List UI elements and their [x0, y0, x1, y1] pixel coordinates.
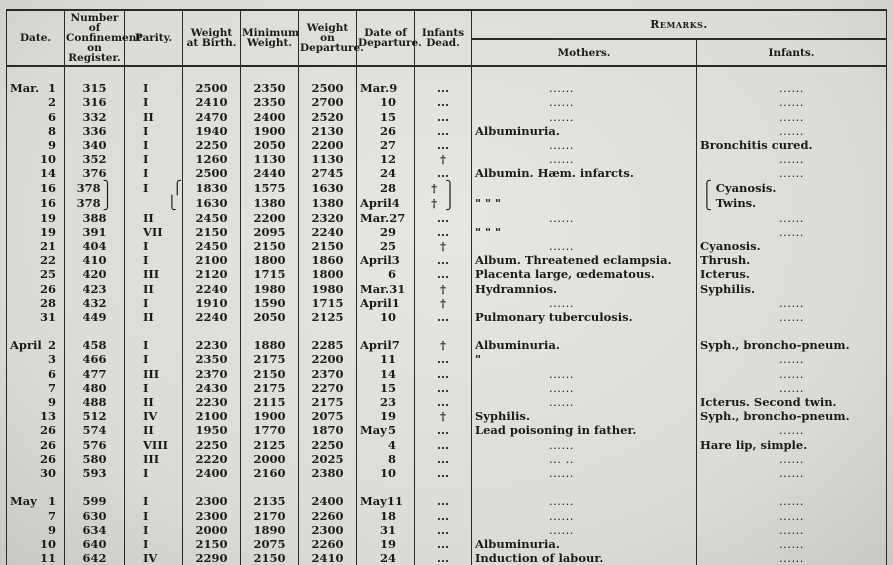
spacer-cell [357, 66, 415, 81]
parity: I [143, 537, 148, 551]
weight-at-birth: 2500 [183, 166, 241, 180]
date-cell: 9 [7, 138, 65, 152]
remarks-infants-cell: ⎧Cyanosis. [697, 181, 887, 196]
date-day: 10 [40, 537, 56, 551]
table-row: 7480I24302175227015............... [7, 381, 887, 395]
remarks-infants-cell: ...... [697, 452, 887, 466]
dotted-leader: ...... [475, 211, 574, 225]
minimum-weight: 1900 [241, 124, 299, 138]
confinement-number: 352 [82, 152, 106, 166]
table-row: 28432I191015901715April1†............ [7, 296, 887, 310]
date-of-departure-cell: 19 [357, 537, 415, 551]
weight-at-birth: 2220 [183, 452, 241, 466]
parity-cell: II [125, 310, 183, 324]
parity-cell: IV [125, 409, 183, 423]
date-of-departure-cell: 15 [357, 110, 415, 124]
dagger-icon: † [440, 239, 446, 253]
parity: I [143, 466, 148, 480]
departure-day: 14 [380, 367, 396, 381]
table-row: 9340I22502050220027.........Bronchitis c… [7, 138, 887, 152]
confinement-number: 315 [82, 81, 106, 95]
confinement-number-cell: 449 [65, 310, 125, 324]
date-day: 1 [48, 81, 56, 95]
dotted-leader: ...... [700, 296, 883, 310]
spacer-cell [697, 480, 887, 494]
table-row: 2316I24102350270010............... [7, 95, 887, 109]
parity: II [143, 211, 154, 225]
date-day: 9 [48, 395, 56, 409]
confinement-number: 423 [82, 282, 106, 296]
spacer-cell [357, 324, 415, 338]
parity-cell: IV [125, 551, 183, 565]
confinement-number-cell: 580 [65, 452, 125, 466]
parity-cell: II [125, 281, 183, 295]
dotted-leader: ...... [700, 95, 883, 109]
ellipsis: ... [437, 267, 449, 281]
parity-cell: I [125, 296, 183, 310]
confinement-number: 512 [82, 409, 106, 423]
parity: I [143, 152, 148, 166]
date-of-departure-cell: Mar.27 [357, 211, 415, 225]
dotted-leader: ...... [475, 381, 574, 395]
ellipsis: ... [437, 138, 449, 152]
parity-cell: I⎧ [125, 181, 183, 196]
dotted-leader: ...... [700, 509, 883, 523]
dotted-leader: ...... [700, 551, 883, 565]
departure-day: 12 [380, 152, 396, 166]
header-date-of-departure: Date of Departure. [357, 10, 415, 66]
minimum-weight: 2175 [241, 352, 299, 366]
dagger-icon: † [440, 338, 446, 352]
date-of-departure-cell: 24 [357, 166, 415, 180]
minimum-weight: 2095 [241, 225, 299, 239]
remarks-mothers-cell: ...... [472, 152, 697, 166]
date-cell: Mar.1 [7, 81, 65, 95]
weight-on-departure: 1980 [299, 281, 357, 295]
remark-mother: Syphilis. [475, 409, 530, 423]
minimum-weight: 2350 [241, 95, 299, 109]
remarks-mothers-cell: ...... [472, 523, 697, 537]
weight-at-birth: 2470 [183, 110, 241, 124]
weight-at-birth: 2400 [183, 466, 241, 480]
departure-day: 11 [387, 494, 403, 508]
date-day: 19 [40, 211, 56, 225]
twin-brace-icon: ⎭ [103, 196, 113, 211]
remarks-mothers-cell: ...... [472, 494, 697, 508]
dotted-leader: ...... [475, 296, 574, 310]
spacer-cell [299, 324, 357, 338]
remarks-infants-cell: Thrush. [697, 253, 887, 267]
dotted-leader: ...... [700, 381, 883, 395]
parity: I [143, 509, 148, 523]
spacer-cell [125, 480, 183, 494]
departure-day: 26 [380, 124, 396, 138]
table-row: 16378⎫I⎧18301575163028†⎫⎧Cyanosis. [7, 181, 887, 196]
parity: I [143, 381, 148, 395]
minimum-weight: 1890 [241, 523, 299, 537]
dotted-leader: ...... [475, 509, 574, 523]
confinement-number-cell: 458 [65, 338, 125, 352]
infants-dead-cell: †⎭ [415, 196, 472, 211]
remark-infant: Syph., broncho-pneum. [700, 338, 850, 352]
date-day: 10 [40, 152, 56, 166]
date-cell: 6 [7, 367, 65, 381]
remark-mother: " [475, 352, 481, 366]
minimum-weight: 2135 [241, 494, 299, 508]
date-day: 26 [40, 423, 56, 437]
minimum-weight: 1800 [241, 253, 299, 267]
parity-cell: II [125, 211, 183, 225]
date-of-departure-cell: 11 [357, 352, 415, 366]
date-cell: 8 [7, 124, 65, 138]
table-row: 7630I23002170226018............... [7, 508, 887, 522]
remarks-mothers-cell: Syphilis. [472, 409, 697, 423]
date-cell: April2 [7, 338, 65, 352]
dotted-leader: ...... [700, 110, 883, 124]
infants-dead-cell: ... [415, 211, 472, 225]
twin-brace-icon: ⎫ [103, 181, 113, 196]
parity-cell: I [125, 508, 183, 522]
weight-on-departure: 2370 [299, 367, 357, 381]
date-of-departure-cell: 12 [357, 152, 415, 166]
remarks-mothers-cell: Pulmonary tuberculosis. [472, 310, 697, 324]
departure-month: Mar. [360, 211, 389, 225]
spacer-cell [241, 480, 299, 494]
departure-day: 9 [389, 81, 397, 95]
date-of-departure-cell: 15 [357, 381, 415, 395]
infants-dead-cell: ... [415, 466, 472, 480]
date-of-departure-cell: April4 [357, 196, 415, 211]
date-of-departure-cell: April1 [357, 296, 415, 310]
departure-day: 8 [388, 452, 396, 466]
date-month: May [10, 494, 37, 508]
weight-at-birth: 2350 [183, 352, 241, 366]
confinement-number-cell: 574 [65, 423, 125, 437]
twin-brace-icon: ⎧ [172, 181, 182, 196]
confinement-number: 593 [82, 466, 106, 480]
dagger-icon: † [440, 409, 446, 423]
remarks-mothers-cell: Placenta large, œdematous. [472, 267, 697, 281]
date-of-departure-cell: 4 [357, 438, 415, 452]
table-row: 10352I12601130113012†............ [7, 152, 887, 166]
weight-at-birth: 2150 [183, 225, 241, 239]
date-day: 30 [40, 466, 56, 480]
header-date: Date. [7, 10, 65, 66]
remarks-mothers-cell: Lead poisoning in father. [472, 423, 697, 437]
parity-cell: I [125, 494, 183, 508]
weight-at-birth: 2000 [183, 523, 241, 537]
remark-infant: Icterus. Second twin. [700, 395, 837, 409]
table-row: 19388II245022002320Mar.27............... [7, 211, 887, 225]
date-day: 8 [48, 124, 56, 138]
date-day: 13 [40, 409, 56, 423]
dotted-leader: ...... [700, 166, 883, 180]
departure-month: April [360, 338, 392, 352]
dotted-leader: ...... [475, 367, 574, 381]
ellipsis: ... [437, 438, 449, 452]
remarks-infants-cell: ...... [697, 296, 887, 310]
spacer-cell [415, 480, 472, 494]
date-cell: 9 [7, 523, 65, 537]
remarks-mothers-cell: Album. Threatened eclampsia. [472, 253, 697, 267]
infants-dead-cell: ... [415, 124, 472, 138]
header-minimum-weight: Minimum Weight. [241, 10, 299, 66]
remarks-infants-cell: ...... [697, 310, 887, 324]
confinement-number-cell: 630 [65, 508, 125, 522]
confinement-number: 449 [82, 310, 106, 324]
section-gap [7, 324, 887, 338]
minimum-weight: 2170 [241, 508, 299, 522]
date-day: 6 [48, 110, 56, 124]
date-cell: 26 [7, 452, 65, 466]
remarks-mothers-cell: ...... [472, 466, 697, 480]
remarks-infants-cell: Hare lip, simple. [697, 438, 887, 452]
minimum-weight: 2050 [241, 310, 299, 324]
parity-cell: III [125, 452, 183, 466]
confinement-number-cell: 576 [65, 438, 125, 452]
parity: IV [143, 551, 157, 565]
confinement-number: 640 [82, 537, 106, 551]
remarks-infants-cell: ...... [697, 166, 887, 180]
weight-at-birth: 2250 [183, 438, 241, 452]
departure-month: April [360, 296, 392, 310]
ellipsis: ... [437, 81, 449, 95]
date-of-departure-cell: 27 [357, 138, 415, 152]
weight-at-birth: 1260 [183, 152, 241, 166]
weight-on-departure: 2200 [299, 352, 357, 366]
confinement-number-cell: 593 [65, 466, 125, 480]
weight-on-departure: 2125 [299, 310, 357, 324]
remarks-infants-cell: ...... [697, 225, 887, 239]
weight-at-birth: 2230 [183, 395, 241, 409]
infant-weight-table: Date. Number of Confinement on Register.… [6, 9, 887, 565]
remarks-infants-cell: ...... [697, 95, 887, 109]
dotted-leader: ...... [475, 239, 574, 253]
confinement-number: 432 [82, 296, 106, 310]
spacer-cell [65, 480, 125, 494]
date-of-departure-cell: 19 [357, 409, 415, 423]
dotted-leader: ...... [700, 423, 883, 437]
departure-day: 27 [389, 211, 405, 225]
ellipsis: ... [437, 523, 449, 537]
departure-day: 15 [380, 110, 396, 124]
dotted-leader: ...... [700, 310, 883, 324]
twin-brace-icon: ⎩ [702, 196, 712, 211]
weight-at-birth: 2450 [183, 239, 241, 253]
confinement-number-cell: 432 [65, 296, 125, 310]
remarks-mothers-cell: Induction of labour. [472, 551, 697, 565]
date-of-departure-cell: April7 [357, 338, 415, 352]
remark-infant: Cyanosis. [700, 239, 761, 253]
weight-on-departure: 2260 [299, 508, 357, 522]
table-body: Mar.1315I250023502500Mar.9..............… [7, 66, 887, 565]
infants-dead-cell: ... [415, 395, 472, 409]
date-cell: 28 [7, 296, 65, 310]
minimum-weight: 2200 [241, 211, 299, 225]
remarks-mothers-cell: ...... [472, 296, 697, 310]
minimum-weight: 2150 [241, 367, 299, 381]
confinement-number-cell: 642 [65, 551, 125, 565]
table-row: 21404I24502150215025†......Cyanosis. [7, 239, 887, 253]
confinement-number: 332 [82, 110, 106, 124]
table-row: 11642IV22902150241024...Induction of lab… [7, 551, 887, 565]
parity: I [143, 138, 148, 152]
weight-at-birth: 1830 [183, 181, 241, 196]
departure-day: 29 [380, 225, 396, 239]
date-of-departure-cell: 26 [357, 124, 415, 138]
table-row: 25420III2120171518006...Placenta large, … [7, 267, 887, 281]
remarks-mothers-cell: Albuminuria. [472, 124, 697, 138]
date-of-departure-cell: 25 [357, 239, 415, 253]
parity: III [143, 267, 159, 281]
date-cell: May1 [7, 494, 65, 508]
ellipsis: ... [437, 494, 449, 508]
parity-cell: VIII [125, 438, 183, 452]
dagger-icon: † [431, 181, 437, 195]
infants-dead-cell: † [415, 152, 472, 166]
ellipsis: ... [437, 452, 449, 466]
remark-mother: Lead poisoning in father. [475, 423, 636, 437]
table-row: 22410I210018001860April3...Album. Threat… [7, 253, 887, 267]
minimum-weight: 2150 [241, 551, 299, 565]
remarks-infants-cell: Syph., broncho-pneum. [697, 338, 887, 352]
parity-cell: I [125, 124, 183, 138]
minimum-weight: 1880 [241, 338, 299, 352]
parity-cell: ⎩ [125, 196, 183, 211]
date-of-departure-cell: 23 [357, 395, 415, 409]
parity-cell: I [125, 466, 183, 480]
confinement-number-cell: 634 [65, 523, 125, 537]
ellipsis: ... [437, 253, 449, 267]
spacer-cell [65, 324, 125, 338]
date-of-departure-cell: 28 [357, 181, 415, 196]
departure-month: May [360, 423, 387, 437]
confinement-number-cell: 512 [65, 409, 125, 423]
date-cell: 16 [7, 196, 65, 211]
remark-infant: Hare lip, simple. [700, 438, 807, 452]
confinement-number: 376 [82, 166, 106, 180]
table-row: 19391VII21502095224029..." " "...... [7, 225, 887, 239]
remark-mother: " " " [475, 225, 501, 239]
remarks-mothers-cell: " " " [472, 196, 697, 211]
dotted-leader: ...... [475, 110, 574, 124]
departure-day: 18 [380, 509, 396, 523]
infants-dead-cell: ... [415, 81, 472, 95]
departure-day: 10 [380, 95, 396, 109]
dotted-leader: ... .. [475, 452, 574, 466]
header-confinement-number: Number of Confinement on Register. [65, 10, 125, 66]
ellipsis: ... [437, 225, 449, 239]
date-day: 2 [48, 338, 56, 352]
remarks-mothers-cell: Hydramnios. [472, 281, 697, 295]
parity-cell: VII [125, 225, 183, 239]
date-cell: 11 [7, 551, 65, 565]
remarks-mothers-cell: ...... [472, 81, 697, 95]
dagger-icon: † [431, 196, 437, 210]
date-day: 28 [40, 296, 56, 310]
remarks-mothers-cell: ...... [472, 508, 697, 522]
remark-mother: Induction of labour. [475, 551, 603, 565]
remarks-infants-cell: ...... [697, 367, 887, 381]
remarks-infants-cell: ...... [697, 124, 887, 138]
dotted-leader: ...... [700, 81, 883, 95]
infants-dead-cell: ... [415, 138, 472, 152]
remarks-mothers-cell: ...... [472, 95, 697, 109]
parity: II [143, 282, 154, 296]
remarks-infants-cell: Icterus. Second twin. [697, 395, 887, 409]
confinement-number-cell: 388 [65, 211, 125, 225]
date-cell: 6 [7, 110, 65, 124]
minimum-weight: 1980 [241, 281, 299, 295]
date-of-departure-cell: 31 [357, 523, 415, 537]
date-cell: 7 [7, 508, 65, 522]
departure-day: 19 [380, 537, 396, 551]
weight-on-departure: 1630 [299, 181, 357, 196]
spacer-cell [241, 324, 299, 338]
parity-cell: II [125, 423, 183, 437]
date-cell: 10 [7, 537, 65, 551]
infants-dead-cell: † [415, 239, 472, 253]
infants-dead-cell: ... [415, 537, 472, 551]
date-month: April [10, 338, 42, 352]
date-of-departure-cell: Mar.9 [357, 81, 415, 95]
confinement-number-cell: 599 [65, 494, 125, 508]
parity-cell: I [125, 352, 183, 366]
departure-day: 3 [392, 253, 400, 267]
date-of-departure-cell: 10 [357, 310, 415, 324]
minimum-weight: 2160 [241, 466, 299, 480]
ellipsis: ... [437, 537, 449, 551]
confinement-number: 480 [82, 381, 106, 395]
weight-at-birth: 2450 [183, 211, 241, 225]
remarks-infants-cell: Icterus. [697, 267, 887, 281]
date-of-departure-cell: Mar.31 [357, 281, 415, 295]
date-cell: 31 [7, 310, 65, 324]
table-row: 6332II24702400252015............... [7, 110, 887, 124]
remarks-infants-cell: ...... [697, 381, 887, 395]
infants-dead-cell: † [415, 409, 472, 423]
infants-dead-cell: ... [415, 381, 472, 395]
header-weight-on-departure: Weight on Departure. [299, 10, 357, 66]
header-remarks-infants: Infants. [697, 39, 887, 66]
weight-on-departure: 2025 [299, 452, 357, 466]
weight-on-departure: 2285 [299, 338, 357, 352]
confinement-number-cell: 378⎭ [65, 196, 125, 211]
parity-cell: I [125, 81, 183, 95]
parity-cell: I [125, 239, 183, 253]
spacer-cell [125, 66, 183, 81]
weight-at-birth: 2250 [183, 138, 241, 152]
table-row: 14376I25002440274524...Albumin. Hæm. inf… [7, 166, 887, 180]
date-of-departure-cell: 18 [357, 508, 415, 522]
parity: VIII [143, 438, 168, 452]
weight-at-birth: 1630 [183, 196, 241, 211]
spacer-cell [125, 324, 183, 338]
dagger-icon: † [440, 152, 446, 166]
parity: I [143, 239, 148, 253]
spacer-cell [7, 480, 65, 494]
weight-at-birth: 2100 [183, 253, 241, 267]
remark-mother: Placenta large, œdematous. [475, 267, 655, 281]
weight-at-birth: 1940 [183, 124, 241, 138]
dotted-leader: ...... [700, 225, 883, 239]
dotted-leader: ...... [700, 466, 883, 480]
remarks-infants-cell: ...... [697, 494, 887, 508]
minimum-weight: 1715 [241, 267, 299, 281]
date-day: 31 [40, 310, 56, 324]
twin-brace-icon: ⎩ [167, 196, 177, 211]
minimum-weight: 1900 [241, 409, 299, 423]
